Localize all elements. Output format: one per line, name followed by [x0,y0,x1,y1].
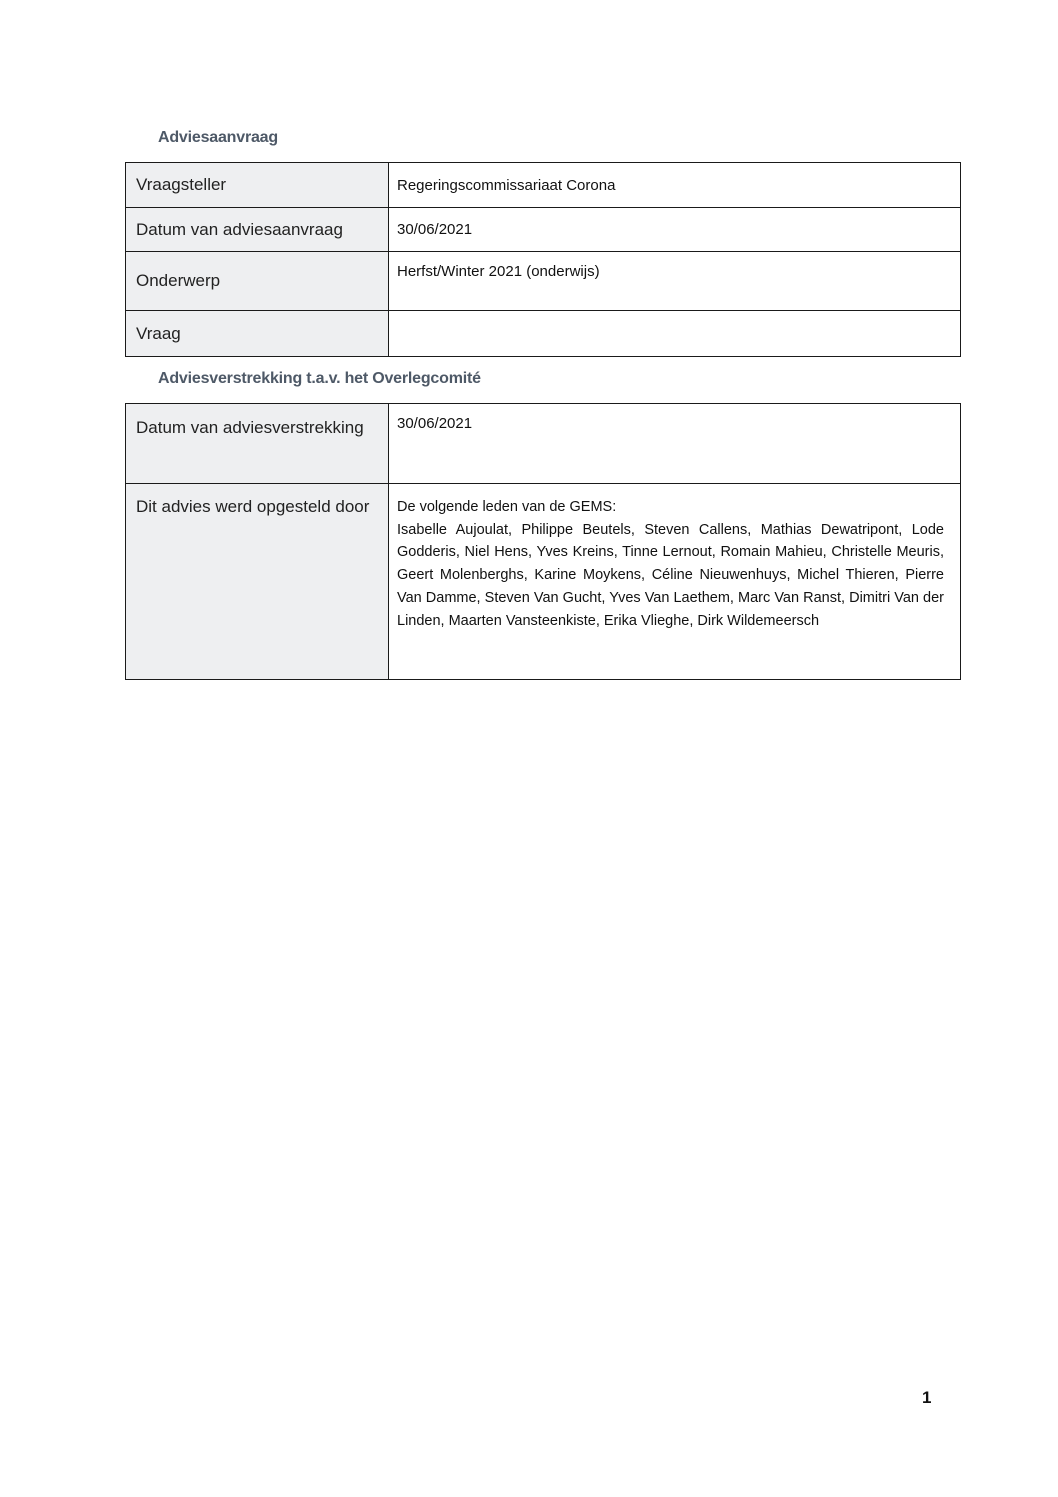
members-intro: De volgende leden van de GEMS: [397,496,944,519]
table-row: Datum van adviesaanvraag 30/06/2021 [126,208,961,252]
row-label: Onderwerp [126,252,389,311]
row-value [389,311,961,357]
table-row: Datum van adviesverstrekking 30/06/2021 [126,404,961,484]
row-label: Vraagsteller [126,163,389,208]
adviesverstrekking-table: Datum van adviesverstrekking 30/06/2021 … [125,403,961,680]
table-row: Dit advies werd opgesteld door De volgen… [126,484,961,680]
row-value: Herfst/Winter 2021 (onderwijs) [389,252,961,311]
row-value: De volgende leden van de GEMS: Isabelle … [389,484,961,680]
row-label: Datum van adviesaanvraag [126,208,389,252]
section-heading-adviesverstrekking: Adviesverstrekking t.a.v. het Overlegcom… [158,370,481,388]
row-label: Vraag [126,311,389,357]
page-number: 1 [922,1388,931,1408]
row-value: Regeringscommissariaat Corona [389,163,961,208]
table-row: Vraag [126,311,961,357]
table-row: Onderwerp Herfst/Winter 2021 (onderwijs) [126,252,961,311]
row-label: Datum van adviesverstrekking [126,404,389,484]
row-value: 30/06/2021 [389,404,961,484]
row-label: Dit advies werd opgesteld door [126,484,389,680]
table-row: Vraagsteller Regeringscommissariaat Coro… [126,163,961,208]
section-heading-adviesaanvraag: Adviesaanvraag [158,129,278,147]
members-list: Isabelle Aujoulat, Philippe Beutels, Ste… [397,519,944,633]
row-value: 30/06/2021 [389,208,961,252]
adviesaanvraag-table: Vraagsteller Regeringscommissariaat Coro… [125,162,961,357]
